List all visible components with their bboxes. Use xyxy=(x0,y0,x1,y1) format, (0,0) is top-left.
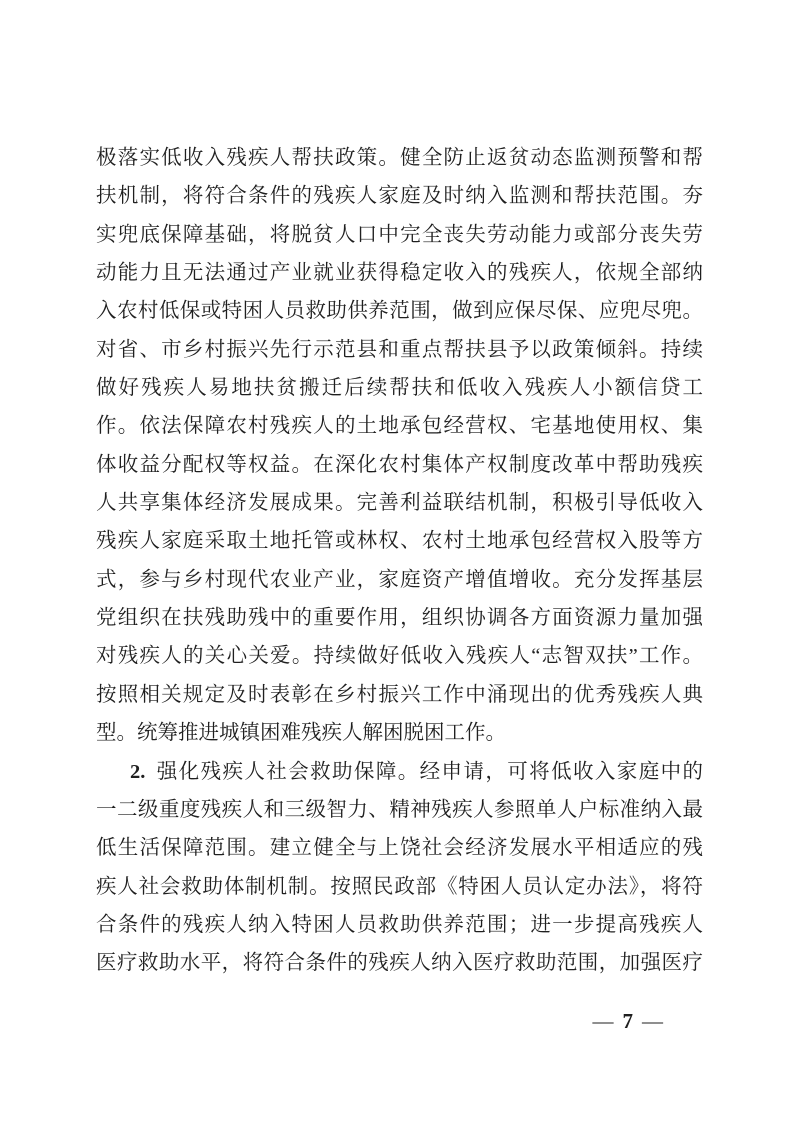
text-line: 残疾人家庭采取土地托管或林权、农村土地承包经营权入股等方 xyxy=(96,522,703,560)
list-item-number: 2. xyxy=(130,761,145,783)
page-number-dash-right: — xyxy=(642,1009,663,1034)
text-line: 作。依法保障农村残疾人的土地承包经营权、宅基地使用权、集 xyxy=(96,407,703,445)
text-line: 合条件的残疾人纳入特困人员救助供养范围；进一步提高残疾人 xyxy=(96,906,703,944)
text-line: 按照相关规定及时表彰在乡村振兴工作中涌现出的优秀残疾人典 xyxy=(96,676,703,714)
text-line: 体收益分配权等权益。在深化农村集体产权制度改革中帮助残疾 xyxy=(96,446,703,484)
text-line: 疾人社会救助体制机制。按照民政部《特困人员认定办法》，将符 xyxy=(96,868,703,906)
text-line: 医疗救助水平，将符合条件的残疾人纳入医疗救助范围，加强医疗 xyxy=(96,944,703,982)
text-line: 做好残疾人易地扶贫搬迁后续帮扶和低收入残疾人小额信贷工 xyxy=(96,369,703,407)
text-line: 动能力且无法通过产业就业获得稳定收入的残疾人，依规全部纳 xyxy=(96,254,703,292)
text-line-paragraph-end: 型。统筹推进城镇困难残疾人解困脱困工作。 xyxy=(96,714,703,752)
text-line: 对省、市乡村振兴先行示范县和重点帮扶县予以政策倾斜。持续 xyxy=(96,331,703,369)
text-line: 党组织在扶残助残中的重要作用，组织协调各方面资源力量加强 xyxy=(96,599,703,637)
page-number-dash-left: — xyxy=(593,1009,614,1034)
text-line: 人共享集体经济发展成果。完善利益联结机制，积极引导低收入 xyxy=(96,484,703,522)
text-line: 极落实低收入残疾人帮扶政策。健全防止返贫动态监测预警和帮 xyxy=(96,139,703,177)
document-body: 极落实低收入残疾人帮扶政策。健全防止返贫动态监测预警和帮 扶机制，将符合条件的残… xyxy=(96,139,703,983)
document-page: 极落实低收入残疾人帮扶政策。健全防止返贫动态监测预警和帮 扶机制，将符合条件的残… xyxy=(0,0,793,1122)
text-line: 扶机制，将符合条件的残疾人家庭及时纳入监测和帮扶范围。夯 xyxy=(96,177,703,215)
page-number: — 7 — xyxy=(593,1004,664,1038)
text-line: 式，参与乡村现代农业产业，家庭资产增值增收。充分发挥基层 xyxy=(96,561,703,599)
page-number-value: 7 xyxy=(623,1009,634,1034)
text-line: 对残疾人的关心关爱。持续做好低收入残疾人“志智双扶”工作。 xyxy=(96,637,703,675)
text-line: 入农村低保或特困人员救助供养范围，做到应保尽保、应兜尽兜。 xyxy=(96,292,703,330)
text-line: 实兜底保障基础，将脱贫人口中完全丧失劳动能力或部分丧失劳 xyxy=(96,216,703,254)
text-line-list-item-start: 2.强化残疾人社会救助保障。经申请，可将低收入家庭中的 xyxy=(96,753,703,791)
text-line: 一二级重度残疾人和三级智力、精神残疾人参照单人户标准纳入最 xyxy=(96,791,703,829)
text-line: 低生活保障范围。建立健全与上饶社会经济发展水平相适应的残 xyxy=(96,829,703,867)
list-item-heading-text: 强化残疾人社会救助保障。经申请，可将低收入家庭中的 xyxy=(155,761,703,783)
